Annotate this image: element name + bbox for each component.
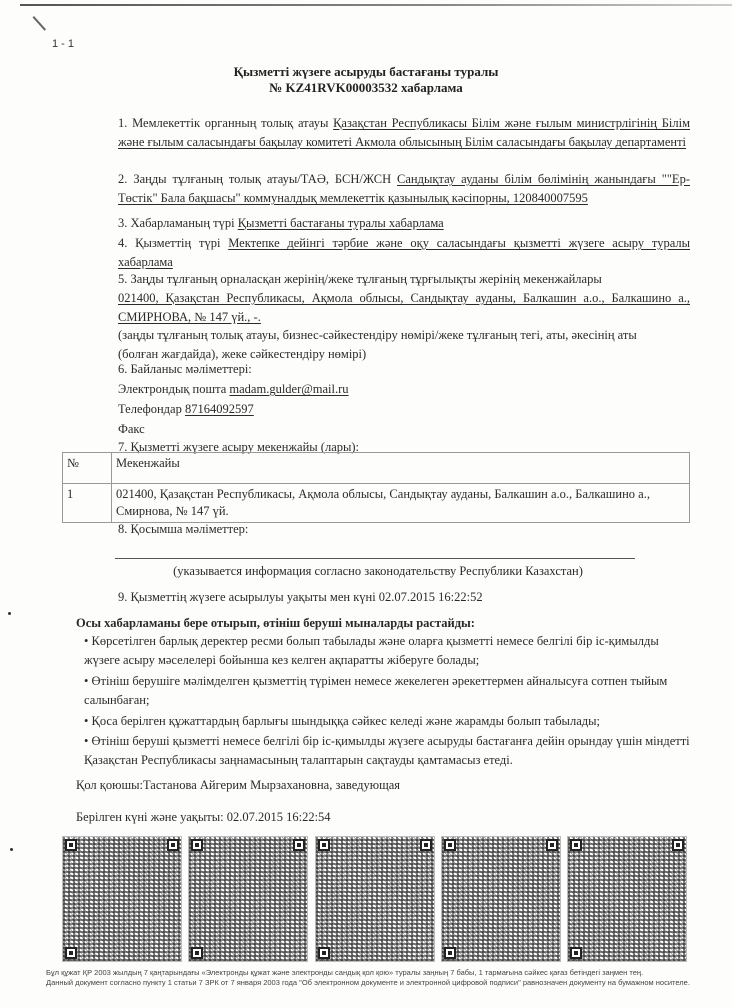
section-9: 9. Қызметтің жүзеге асырылуы уақыты мен … — [118, 588, 690, 607]
qr-finder-icon — [420, 839, 432, 851]
signer: Қол қоюшы:Тастанова Айгерим Мырзахановна… — [76, 776, 696, 795]
pen-mark — [33, 16, 47, 31]
phone-value: 87164092597 — [185, 402, 254, 416]
section-6-label: 6. Байланыс мәліметтері: — [118, 360, 690, 379]
row-address: 021400, Қазақстан Республикасы, Ақмола о… — [112, 484, 690, 523]
qr-finder-icon — [570, 947, 582, 959]
header-number: № — [63, 453, 112, 484]
section-2-label: 2. Заңды тұлғаның толық атауы/ТАӘ, БСН/Ж… — [118, 172, 397, 186]
header-address: Мекенжайы — [112, 453, 690, 484]
document-title: Қызметті жүзеге асыруды бастағаны туралы — [0, 64, 732, 80]
row-number: 1 — [63, 484, 112, 523]
address-table: № Мекенжайы 1 021400, Қазақстан Республи… — [62, 452, 690, 523]
fax-label: Факс — [118, 420, 690, 439]
email-row: Электрондық пошта madam.gulder@mail.ru — [118, 380, 690, 399]
section-4-label: 4. Қызметтің түрі — [118, 236, 228, 250]
scan-edge-line — [20, 4, 732, 6]
section-1-label: 1. Мемлекеттік органның толық атауы — [118, 116, 333, 130]
qr-finder-icon — [65, 839, 77, 851]
notification-number: № KZ41RVK00003532 хабарлама — [0, 80, 732, 96]
qr-finder-icon — [167, 839, 179, 851]
qr-finder-icon — [318, 839, 330, 851]
confirmation-bullet-2: • Өтініш берушіге мәлімделген қызметтің … — [84, 672, 696, 710]
qr-finder-icon — [546, 839, 558, 851]
qr-finder-icon — [444, 839, 456, 851]
section-3: 3. Хабарламаның түрі Қызметті бастағаны … — [118, 214, 690, 233]
qr-finder-icon — [570, 839, 582, 851]
issue-datetime: Берілген күні және уақыты: 02.07.2015 16… — [76, 808, 696, 827]
section-4: 4. Қызметтің түрі Мектепке дейінгі тәрби… — [118, 234, 690, 272]
table-row: 1 021400, Қазақстан Республикасы, Ақмола… — [63, 484, 690, 523]
phone-row: Телефондар 87164092597 — [118, 400, 690, 419]
section-8-note: (указывается информация согласно законод… — [118, 562, 638, 581]
qr-code-2 — [188, 836, 308, 962]
confirmation-heading: Осы хабарламаны бере отырып, өтініш беру… — [76, 614, 696, 633]
qr-finder-icon — [191, 839, 203, 851]
qr-code-3 — [315, 836, 435, 962]
confirmation-bullet-3: • Қоса берілген құжаттардың барлығы шынд… — [84, 712, 696, 731]
legal-address: 021400, Қазақстан Республикасы, Ақмола о… — [118, 291, 690, 324]
footer-legal-kz: Бұл құжат ҚР 2003 жылдың 7 қаңтарындағы … — [46, 968, 726, 978]
email-link[interactable]: madam.gulder@mail.ru — [229, 382, 348, 396]
page-number: 1 - 1 — [52, 38, 74, 50]
email-label: Электрондық пошта — [118, 382, 229, 396]
phone-label: Телефондар — [118, 402, 185, 416]
scan-speck — [10, 848, 13, 851]
confirmation-bullet-4: • Өтініш беруші қызметті немесе белгілі … — [84, 732, 696, 770]
section-3-label: 3. Хабарламаның түрі — [118, 216, 238, 230]
additional-info-line — [115, 558, 635, 559]
section-5-label: 5. Заңды тұлғаның орналасқан жерінің/жек… — [118, 272, 602, 286]
qr-finder-icon — [444, 947, 456, 959]
section-2: 2. Заңды тұлғаның толық атауы/ТАӘ, БСН/Ж… — [118, 170, 690, 208]
section-5: 5. Заңды тұлғаның орналасқан жерінің/жек… — [118, 270, 690, 327]
qr-code-4 — [441, 836, 561, 962]
qr-finder-icon — [318, 947, 330, 959]
confirmation-bullet-1: • Көрсетілген барлық деректер ресми болы… — [84, 632, 696, 670]
qr-finder-icon — [65, 947, 77, 959]
section-5-note: (заңды тұлғаның толық атауы, бизнес-сәйк… — [118, 326, 638, 364]
qr-code-strip — [62, 836, 687, 964]
qr-finder-icon — [191, 947, 203, 959]
notification-type: Қызметті бастағаны туралы хабарлама — [238, 216, 444, 230]
section-8-label: 8. Қосымша мәліметтер: — [118, 520, 690, 539]
section-1: 1. Мемлекеттік органның толық атауы Қаза… — [118, 114, 690, 152]
qr-finder-icon — [293, 839, 305, 851]
qr-code-1 — [62, 836, 182, 962]
qr-code-5 — [567, 836, 687, 962]
footer-legal-ru: Данный документ согласно пункту 1 статьи… — [46, 978, 726, 988]
scan-speck — [8, 612, 11, 615]
table-header-row: № Мекенжайы — [63, 453, 690, 484]
qr-finder-icon — [672, 839, 684, 851]
